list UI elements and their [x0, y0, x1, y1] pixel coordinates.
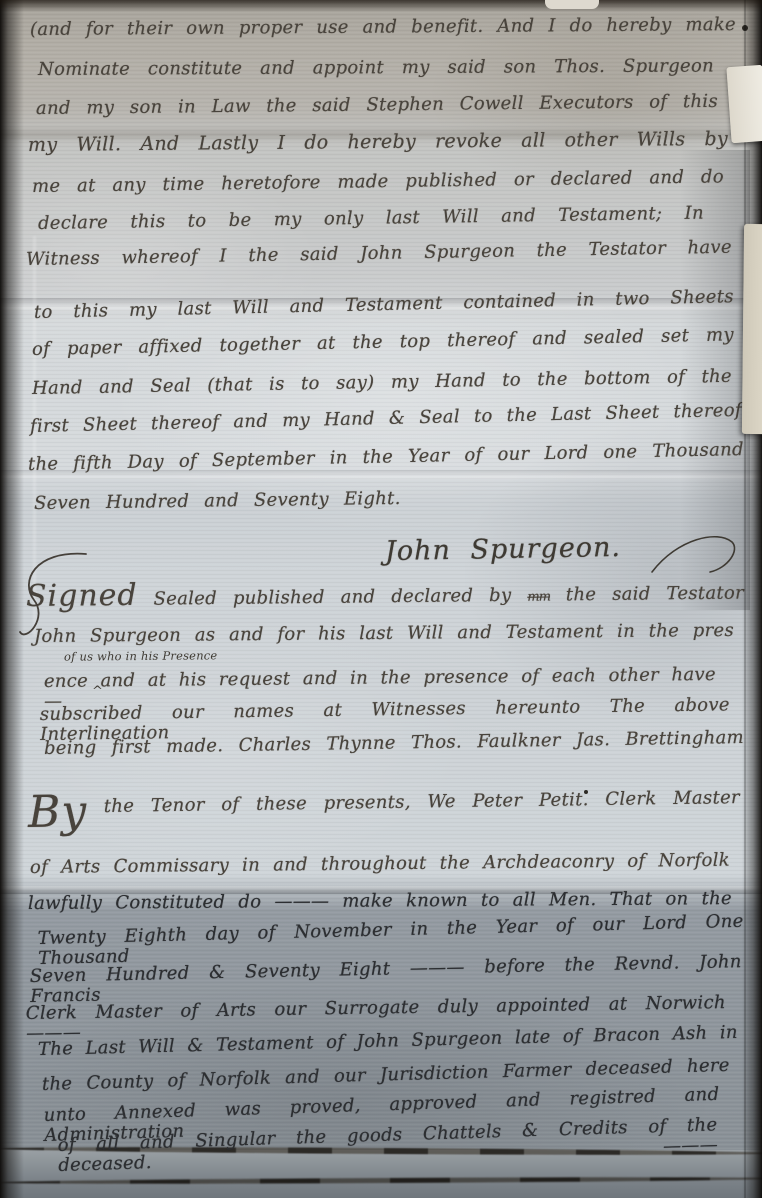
probate-line: of Arts Commissary in and throughout the…	[30, 851, 730, 878]
by-lead-word: By	[28, 786, 88, 838]
will-line: my Will. And Lastly I do hereby revoke a…	[28, 129, 728, 156]
will-line: Witness whereof I the said John Spurgeon…	[26, 238, 732, 270]
will-line: Nominate constitute and appoint my said …	[38, 56, 714, 79]
interlineation: of us who in his Presence	[64, 648, 218, 663]
handwritten-text: (and for their own proper use and benefi…	[0, 0, 762, 1198]
testator-signature: John Spurgeon.	[385, 532, 622, 567]
will-line: to this my last Will and Testament conta…	[34, 287, 734, 323]
will-line: declare this to be my only last Will and…	[38, 204, 704, 234]
attestation-text: the said Testator	[566, 582, 744, 605]
probate-line: lawfully Constituted do ——— make known t…	[28, 889, 732, 914]
attestation-line: Signed Sealed published and declared by …	[26, 572, 744, 613]
probate-line: By the Tenor of these presents, We Peter…	[28, 788, 740, 823]
attestation-text: being first made.	[44, 735, 224, 759]
will-line: Hand and Seal (that is to say) my Hand t…	[32, 367, 732, 399]
will-line: of paper affixed together at the top the…	[32, 325, 734, 359]
ink-dot	[584, 790, 588, 794]
paper-tab-top-right	[726, 65, 762, 143]
will-line: and my son in Law the said Stephen Cowel…	[36, 92, 718, 119]
will-line: first Sheet thereof and my Hand & Seal t…	[30, 401, 742, 437]
will-line: Seven Hundred and Seventy Eight.	[34, 489, 401, 514]
probate-text: the Tenor of these presents, We Peter Pe…	[104, 787, 740, 817]
will-line: the fifth Day of September in the Year o…	[28, 440, 744, 475]
photo-edge-left	[0, 0, 24, 1198]
manuscript-photo: (and for their own proper use and benefi…	[0, 0, 762, 1198]
will-line: me at any time heretofore made published…	[32, 167, 724, 196]
page-edge-strip	[742, 224, 762, 434]
attestation-line: John Spurgeon as and for his last Will a…	[34, 621, 734, 647]
paper-sliver-top	[545, 0, 599, 9]
photo-edge-right	[742, 0, 762, 1198]
attestation-text: Sealed published and declared by	[153, 585, 511, 610]
signed-initial-flourish-icon	[16, 548, 94, 648]
signature-flourish-icon	[648, 528, 740, 584]
will-line: (and for their own proper use and benefi…	[30, 15, 736, 40]
struck-out-word: mm	[527, 590, 550, 605]
photo-edge-top	[0, 0, 762, 12]
